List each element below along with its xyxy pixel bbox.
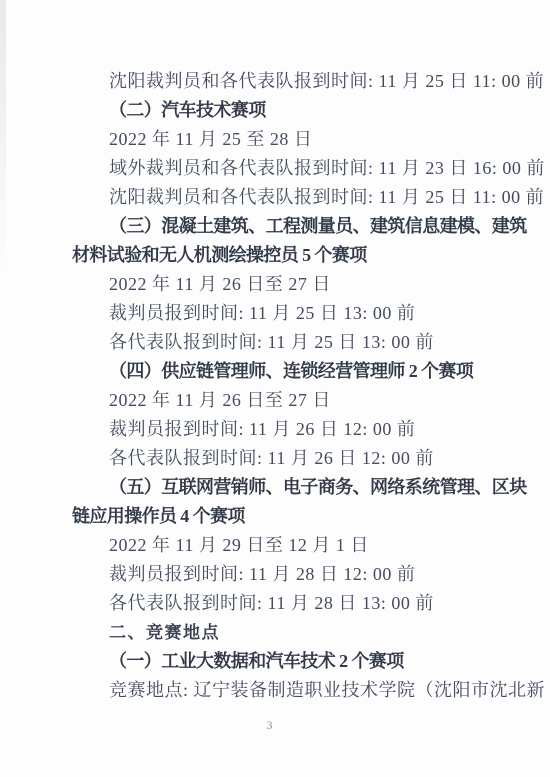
heading-line-continuation: 链应用操作员 4 个赛项 <box>72 502 472 531</box>
heading-line: （三）混凝土建筑、工程测量员、建筑信息建模、建筑 <box>72 212 472 241</box>
body-line: 裁判员报到时间: 11 月 28 日 12: 00 前 <box>72 560 472 589</box>
heading-line: （五）互联网营销师、电子商务、网络系统管理、区块 <box>72 473 472 502</box>
body-line: 各代表队报到时间: 11 月 25 日 13: 00 前 <box>72 328 472 357</box>
heading-line: （一）工业大数据和汽车技术 2 个赛项 <box>72 647 472 676</box>
body-line: 各代表队报到时间: 11 月 28 日 13: 00 前 <box>72 589 472 618</box>
body-line: 2022 年 11 月 26 日至 27 日 <box>72 270 472 299</box>
scanned-document-page: 沈阳裁判员和各代表队报到时间: 11 月 25 日 11: 00 前 （二）汽车… <box>0 0 550 777</box>
scan-edge-shadow <box>0 0 6 280</box>
body-line: 2022 年 11 月 25 至 28 日 <box>72 125 472 154</box>
body-line: 裁判员报到时间: 11 月 25 日 13: 00 前 <box>72 299 472 328</box>
body-line: 域外裁判员和各代表队报到时间: 11 月 23 日 16: 00 前 <box>72 154 472 183</box>
body-line: 竞赛地点: 辽宁装备制造职业技术学院（沈阳市沈北新 <box>72 676 472 705</box>
body-line: 裁判员报到时间: 11 月 26 日 12: 00 前 <box>72 415 472 444</box>
page-footer: 3 <box>72 716 468 734</box>
heading-line: （四）供应链管理师、连锁经营管理师 2 个赛项 <box>72 357 472 386</box>
body-line: 2022 年 11 月 26 日至 27 日 <box>72 386 472 415</box>
page-number: 3 <box>267 718 274 732</box>
heading-line-continuation: 材料试验和无人机测绘操控员 5 个赛项 <box>72 241 472 270</box>
body-line: 2022 年 11 月 29 日至 12 月 1 日 <box>72 531 472 560</box>
body-line: 沈阳裁判员和各代表队报到时间: 11 月 25 日 11: 00 前 <box>72 183 472 212</box>
body-line: 沈阳裁判员和各代表队报到时间: 11 月 25 日 11: 00 前 <box>72 67 472 96</box>
body-line: 各代表队报到时间: 11 月 26 日 12: 00 前 <box>72 444 472 473</box>
section-heading-line: 二、竞赛地点 <box>72 618 472 647</box>
heading-line: （二）汽车技术赛项 <box>72 96 472 125</box>
document-body: 沈阳裁判员和各代表队报到时间: 11 月 25 日 11: 00 前 （二）汽车… <box>72 67 472 705</box>
